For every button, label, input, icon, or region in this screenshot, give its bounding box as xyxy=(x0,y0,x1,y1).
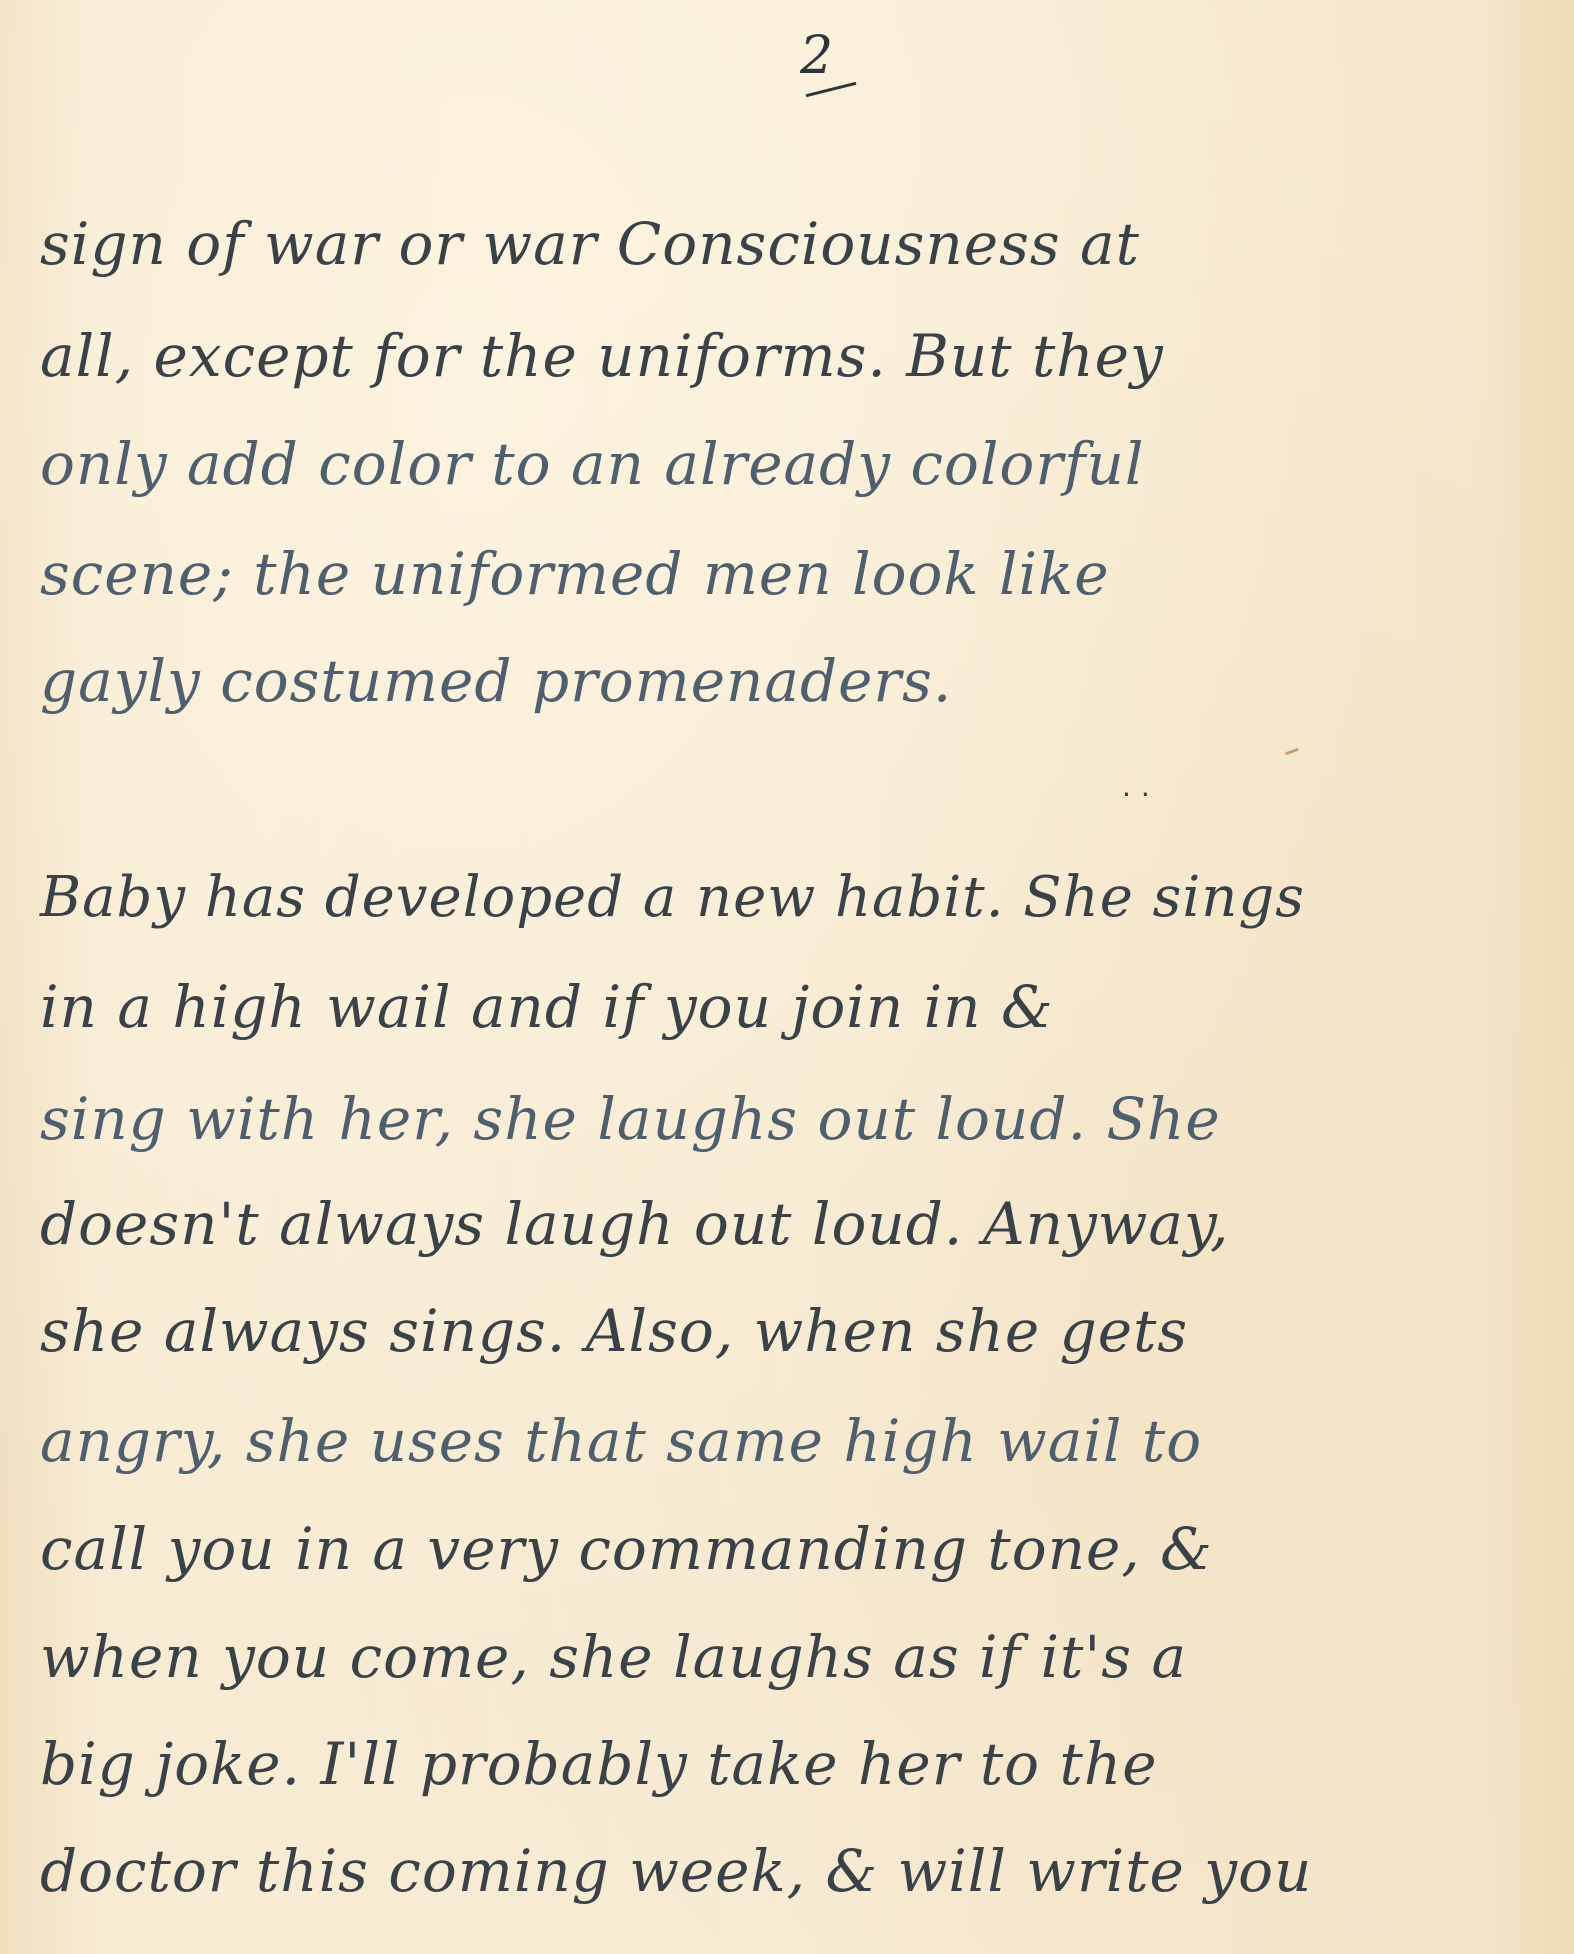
page-number: 2 xyxy=(800,30,833,82)
text-line: sign of war or war Consciousness at xyxy=(40,215,1554,273)
section-divider: .. xyxy=(1122,770,1160,803)
text-line: doesn't always laugh out loud. Anyway, xyxy=(40,1195,1554,1253)
text-line: gayly costumed promenaders. xyxy=(40,652,1554,710)
text-line: in a high wail and if you join in & xyxy=(40,978,1554,1036)
text-line: sing with her, she laughs out loud. She xyxy=(40,1090,1554,1148)
text-line: only add color to an already colorful xyxy=(40,435,1554,493)
letter-page: 2 sign of war or war Consciousness at al… xyxy=(0,0,1574,1954)
text-line: Baby has developed a new habit. She sing… xyxy=(40,870,1554,926)
text-line: she always sings. Also, when she gets xyxy=(40,1302,1554,1360)
text-line: scene; the uniformed men look like xyxy=(40,545,1554,603)
text-line: all, except for the uniforms. But they xyxy=(40,327,1554,385)
paper-stain xyxy=(1285,748,1299,756)
text-line: when you come, she laughs as if it's a xyxy=(40,1628,1554,1686)
text-line: call you in a very commanding tone, & xyxy=(40,1520,1554,1578)
text-line: angry, she uses that same high wail to xyxy=(40,1412,1554,1470)
text-line: big joke. I'll probably take her to the xyxy=(40,1735,1554,1793)
text-line: doctor this coming week, & will write yo… xyxy=(40,1842,1554,1900)
